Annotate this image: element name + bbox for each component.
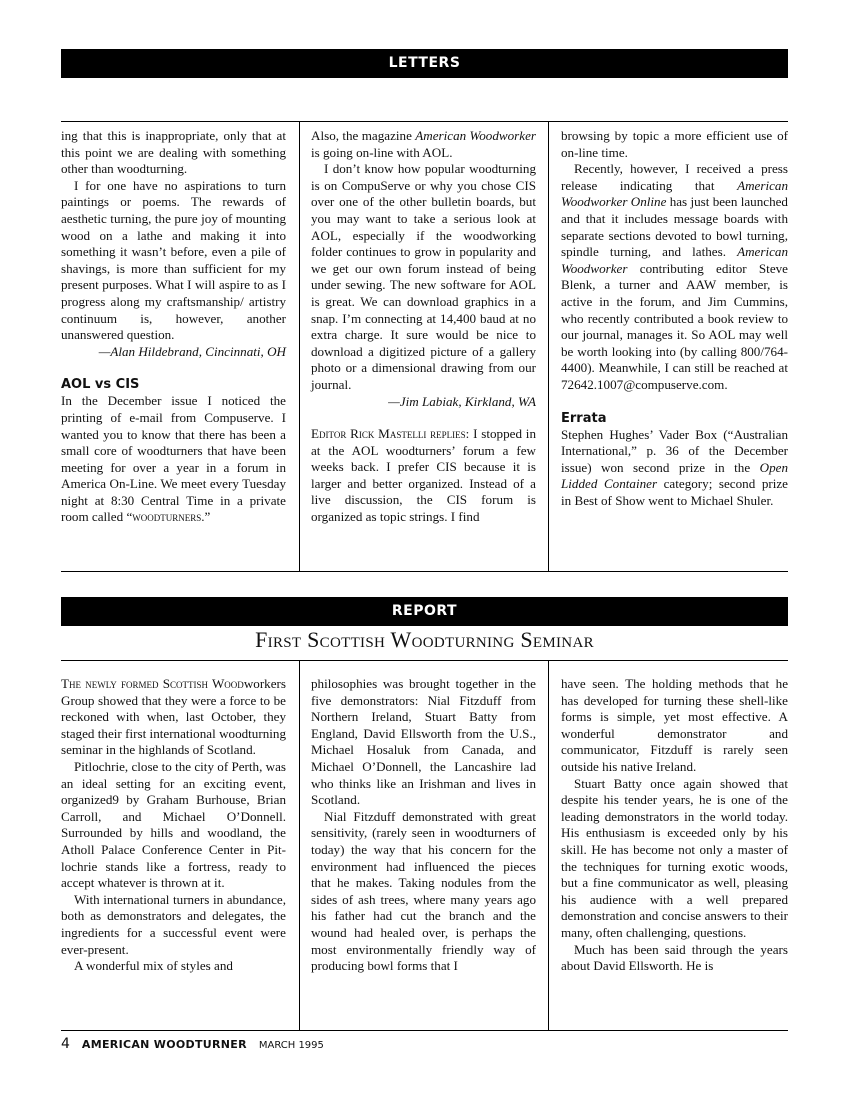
editor-reply: Editor Rick Mastelli replies: I stopped … [311,426,536,526]
section-heading-errata: Errata [561,410,788,427]
text-run: is going on-line with AOL. [311,145,452,160]
report-banner-label: REPORT [392,603,457,619]
letter-paragraph: ing that this is inappropriate, only tha… [61,128,286,178]
letters-column-1: ing that this is inappropriate, only tha… [61,122,300,571]
letter-paragraph: I don’t know how popular wood­turning is… [311,161,536,393]
issue-date: MARCH 1995 [259,1040,324,1051]
report-columns: The newly formed Scottish Wood­workers G… [61,661,788,1030]
report-column-1: The newly formed Scottish Wood­workers G… [61,661,300,1030]
letter-paragraph: browsing by topic a more efficient use o… [561,128,788,161]
article-paragraph: A wonderful mix of styles and [61,958,286,975]
small-caps-run: woodturners [132,509,201,524]
letters-bottom-rule [61,571,788,572]
page-number: 4 [61,1036,70,1052]
article-paragraph: Much has been said through the years abo… [561,942,788,975]
spacer [61,360,286,376]
lead-in-small-caps: The newly formed Scottish Wood­ [61,676,244,691]
text-run: In the December issue I noticed the prin… [61,393,286,524]
report-bottom-rule [61,1030,788,1031]
article-paragraph: Pitlochrie, close to the city of Perth, … [61,759,286,892]
section-heading-aol-vs-cis: AOL vs CIS [61,376,286,393]
letter-signature: —Jim Labiak, Kirkland, WA [311,394,536,411]
letter-paragraph: I for one have no aspirations to turn pa… [61,178,286,344]
letters-columns: ing that this is inappropriate, only tha… [61,122,788,571]
errata-paragraph: Stephen Hughes’ Vader Box (“Aus­tralian … [561,427,788,510]
letter-signature: —Alan Hildebrand, Cincinnati, OH [61,344,286,361]
article-paragraph: Nial Fitzduff demonstrated with great se… [311,809,536,975]
letters-column-2: Also, the magazine American Wood­worker … [300,122,549,571]
letters-banner-label: LETTERS [389,55,461,71]
article-paragraph: have seen. The holding methods that he h… [561,676,788,776]
magazine-name: AMERICAN WOODTURNER [82,1038,247,1051]
article-paragraph: The newly formed Scottish Wood­workers G… [61,676,286,759]
text-run: contributing editor Steve Blenk, a turne… [561,261,788,392]
letters-column-3: browsing by topic a more efficient use o… [549,122,788,571]
report-banner: REPORT [61,597,788,626]
editor-label: Editor Rick Mastelli replies: [311,426,469,441]
text-run: Stephen Hughes’ Vader Box (“Aus­tralian … [561,427,788,475]
letter-paragraph: In the December issue I noticed the prin… [61,393,286,526]
report-column-2: philosophies was brought together in the… [300,661,549,1030]
letter-paragraph: Also, the magazine American Wood­worker … [311,128,536,161]
spacer [311,410,536,426]
article-paragraph: philosophies was brought together in the… [311,676,536,809]
text-run: .” [201,509,210,524]
article-title: First Scottish Woodturning Seminar [61,627,788,653]
letters-banner: LETTERS [61,49,788,78]
italic-run: American Wood­worker [415,128,536,143]
text-run: Also, the magazine [311,128,415,143]
article-paragraph: Stuart Batty once again showed that desp… [561,776,788,942]
letter-paragraph: Recently, however, I received a press re… [561,161,788,393]
spacer [561,394,788,410]
page-footer: 4 AMERICAN WOODTURNER MARCH 1995 [61,1036,324,1052]
article-paragraph: With international turners in abundance,… [61,892,286,958]
report-column-3: have seen. The holding methods that he h… [549,661,788,1030]
